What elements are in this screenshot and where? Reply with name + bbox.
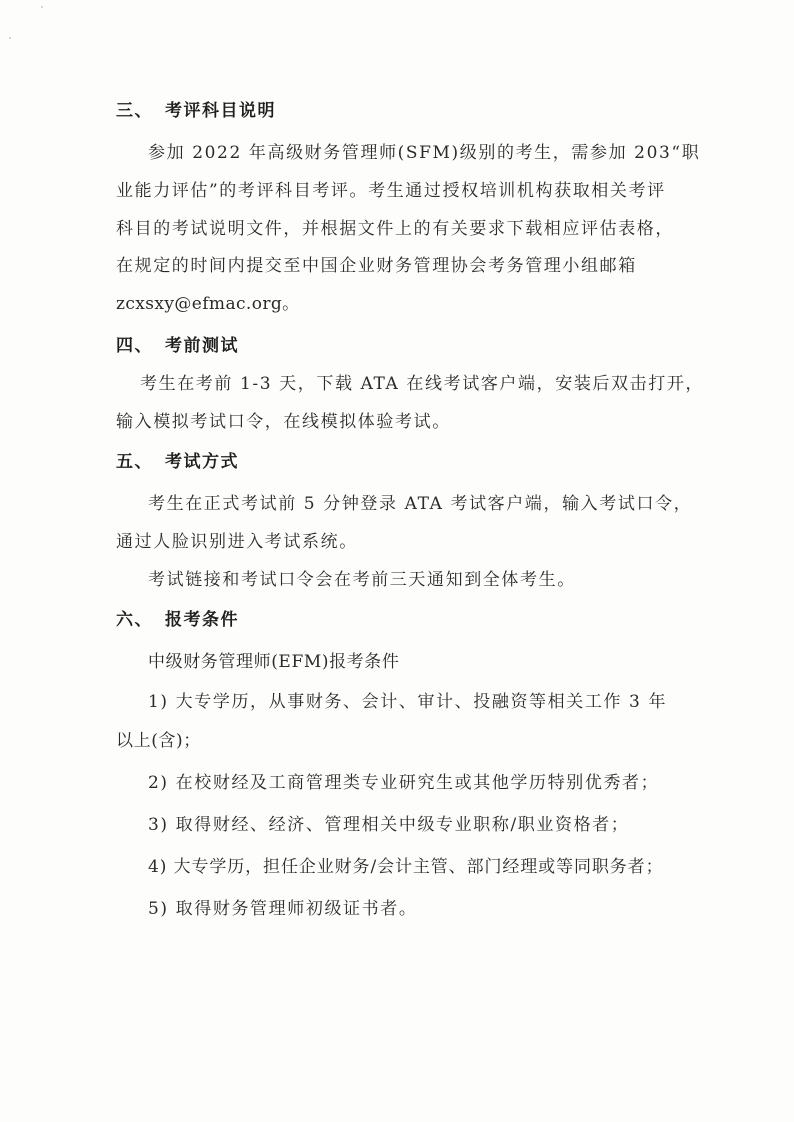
- paragraph-line: 考生在正式考试前 5 分钟登录 ATA 考试客户端，输入考试口令，: [148, 493, 692, 515]
- list-item: 1) 大专学历，从事财务、会计、审计、投融资等相关工作 3 年: [148, 691, 667, 713]
- paragraph-line: 科目的考试说明文件，并根据文件上的有关要求下载相应评估表格，: [116, 218, 674, 240]
- list-item: 5) 取得财务管理师初级证书者。: [148, 898, 417, 920]
- email-line: zcxsxy@efmac.org。: [116, 293, 300, 315]
- section-title: 考试方式: [165, 452, 239, 472]
- scan-speck: [41, 6, 43, 8]
- paragraph-line: 考试链接和考试口令会在考前三天通知到全体考生。: [148, 569, 576, 591]
- paragraph-line: 参加 2022 年高级财务管理师(SFM)级别的考生，需参加 203“职: [148, 142, 700, 164]
- paragraph-line: 通过人脸识别进入考试系统。: [116, 531, 358, 553]
- section-title: 考评科目说明: [165, 101, 276, 121]
- section-number: 六、: [116, 610, 153, 630]
- scan-speck: [9, 37, 11, 39]
- subheading-line: 中级财务管理师(EFM)报考条件: [148, 651, 399, 673]
- list-item: 4) 大专学历，担任企业财务/会计主管、部门经理或等同职务者；: [148, 856, 663, 878]
- document-page: 三、考评科目说明 参加 2022 年高级财务管理师(SFM)级别的考生，需参加 …: [0, 0, 794, 1122]
- section-title: 报考条件: [165, 610, 239, 630]
- paragraph-line: 考生在考前 1-3 天，下载 ATA 在线考试客户端，安装后双击打开，: [140, 373, 704, 395]
- paragraph-line: 输入模拟考试口令，在线模拟体验考试。: [116, 411, 451, 433]
- paragraph-line: 在规定的时间内提交至中国企业财务管理协会考务管理小组邮箱: [116, 255, 637, 277]
- section-heading-5: 五、考试方式: [116, 451, 239, 473]
- section-number: 五、: [116, 452, 153, 472]
- section-heading-4: 四、考前测试: [116, 335, 239, 357]
- section-number: 三、: [116, 101, 153, 121]
- paragraph-line: 业能力评估”的考评科目考评。考生通过授权培训机构获取相关考评: [116, 180, 666, 202]
- section-heading-6: 六、报考条件: [116, 609, 239, 631]
- list-item: 3) 取得财经、经济、管理相关中级专业职称/职业资格者；: [148, 814, 629, 836]
- section-heading-3: 三、考评科目说明: [116, 100, 276, 122]
- list-item-continuation: 以上(含)；: [116, 730, 201, 752]
- section-number: 四、: [116, 336, 153, 356]
- section-title: 考前测试: [165, 336, 239, 356]
- list-item: 2) 在校财经及工商管理类专业研究生或其他学历特别优秀者；: [148, 772, 659, 794]
